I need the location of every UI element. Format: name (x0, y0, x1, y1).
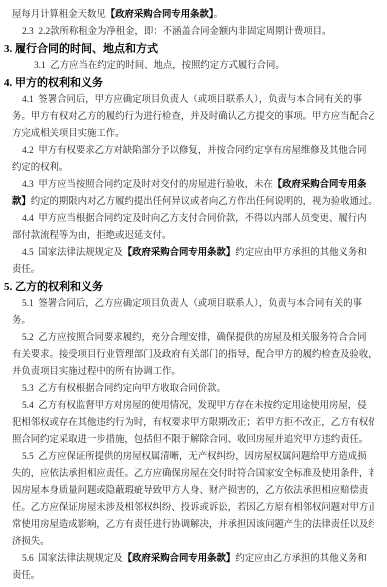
text-line: 责任。 (12, 568, 374, 585)
text-run: 5.5 乙方应保证所提供的房屋权属清晰，无产权纠纷，因房屋权属问题给甲方造成损 (22, 452, 367, 462)
text-line: 常使用房屋造成影响，乙方有责任进行协调解决，并承担因该问题产生的法律责任以及经 (12, 517, 374, 534)
text-line: 5.2 乙方应按照合同要求履约，充分合理安排，确保提供的房屋及相关服务符合合同 (12, 330, 374, 347)
text-line: 5.4 乙方有权监督甲方对房屋的使用情况，发现甲方存在未按约定用途使用房屋，侵 (12, 398, 374, 415)
text-line: 款】约定的期限内对乙方履约提出任何异议或者向乙方作出任何说明的，视为验收通过。 (12, 194, 374, 211)
text-run: 5.6 国家法律法规规定及 (22, 554, 123, 564)
text-line: 因房屋本身质量问题或隐蔽瑕疵导致甲方人身、财产损害的，乙方依法承担相应赔偿责 (12, 483, 374, 500)
text-run: 失的，应依法承担相应责任。乙方应确保房屋在交付时符合国家安全标准及使用条件，若 (12, 469, 374, 479)
text-line: 4.4 甲方应当根据合同约定及时向乙方支付合同价款，不得以内部人员变更、履行内 (12, 211, 374, 228)
text-run: 4.3 甲方应当按照合同约定及时对交付的房屋进行验收，未在 (22, 180, 273, 190)
bold-text-run: 【政府采购合同专用条款】 (123, 248, 236, 258)
text-line: 并负责项目实施过程中的所有协调工作。 (12, 364, 374, 381)
bold-text-run: 【政府采购合同专用条 (273, 180, 367, 190)
text-line: 4.5 国家法律法规规定及【政府采购合同专用条款】约定应由甲方承担的其他义务和 (12, 245, 374, 262)
text-line: 犯相邻权或存在其他违约行为时，有权要求甲方限期改正；若甲方拒不改正，乙方有权依 (12, 415, 374, 432)
text-line: 照合同约定采取进一步措施，包括但不限于解除合同、收回房屋并追究甲方违约责任。 (12, 432, 374, 449)
text-run: 屋每月计算租金天数见 (12, 10, 106, 20)
text-line: 务。 (12, 313, 374, 330)
text-line: 5.5 乙方应保证所提供的房屋权属清晰，无产权纠纷，因房屋权属问题给甲方造成损 (12, 449, 374, 466)
text-run: 任。乙方应保证房屋未涉及相邻权纠纷、投诉或诉讼，若因乙方原有相邻权问题对甲方正 (12, 503, 374, 513)
bold-text-run: 【政府采购合同专用条款】 (106, 10, 214, 20)
text-run: 3.1 乙方应当在约定的时间、地点，按照约定方式履行合同。 (34, 61, 285, 71)
contract-document-page: 屋每月计算租金天数见【政府采购合同专用条款】。2.3 2.2款所称租金为净租金，… (0, 0, 387, 587)
section-heading: 4. 甲方的权利和义务 (4, 75, 374, 92)
section-heading: 3. 履行合同的时间、地点和方式 (4, 41, 374, 58)
text-line: 务。甲方有权对乙方的履约行为进行检查，并及时确认乙方提交的事项。甲方应当配合乙 (12, 109, 374, 126)
text-run: 。 (214, 10, 223, 20)
text-line: 4.2 甲方有权要求乙方对缺陷部分予以修复，并按合同约定享有房屋维修及其他合同 (12, 143, 374, 160)
bold-text-run: 款】 (12, 197, 31, 207)
text-run: 务。甲方有权对乙方的履约行为进行检查，并及时确认乙方提交的事项。甲方应当配合乙 (12, 112, 374, 122)
text-run: 责任。 (12, 265, 40, 275)
bold-text-run: 【政府采购合同专用条款】 (123, 554, 236, 564)
text-line: 责任。 (12, 262, 374, 279)
bold-text-run: 3. 履行合同的时间、地点和方式 (4, 43, 158, 55)
text-line: 3.1 乙方应当在约定的时间、地点，按照约定方式履行合同。 (12, 58, 374, 75)
text-run: 约定的期限内对乙方履约提出任何异议或者向乙方作出任何说明的，视为验收通过。 (31, 197, 374, 207)
text-run: 犯相邻权或存在其他违约行为时，有权要求甲方限期改正；若甲方拒不改正，乙方有权依 (12, 418, 374, 428)
text-run: 4.2 甲方有权要求乙方对缺陷部分予以修复，并按合同约定享有房屋维修及其他合同 (22, 146, 367, 156)
text-run: 务。 (12, 316, 31, 326)
text-run: 5.3 乙方有权根据合同约定向甲方收取合同价款。 (22, 384, 226, 394)
text-line: 4.1 签署合同后，甲方应确定项目负责人（或项目联系人），负责与本合同有关的事 (12, 92, 374, 109)
text-line: 屋每月计算租金天数见【政府采购合同专用条款】。 (12, 7, 374, 24)
text-run: 约定应由甲方承担的其他义务和 (235, 248, 366, 258)
text-run: 5.1 签署合同后，乙方应确定项目负责人（或项目联系人），负责与本合同有关的事 (22, 299, 362, 309)
text-line: 2.3 2.2款所称租金为净租金，即：不涵盖合同金额内非固定周期计费项目。 (12, 24, 374, 41)
text-run: 济损失。 (12, 537, 50, 547)
text-line: 4.3 甲方应当按照合同约定及时对交付的房屋进行验收，未在【政府采购合同专用条 (12, 177, 374, 194)
text-line: 部付款流程等为由，拒绝或迟延支付。 (12, 228, 374, 245)
text-run: 并负责项目实施过程中的所有协调工作。 (12, 367, 181, 377)
text-run: 照合同约定采取进一步措施，包括但不限于解除合同、收回房屋并追究甲方违约责任。 (12, 435, 368, 445)
text-run: 2.3 2.2款所称租金为净租金，即：不涵盖合同金额内非固定周期计费项目。 (22, 27, 331, 37)
text-line: 5.1 签署合同后，乙方应确定项目负责人（或项目联系人），负责与本合同有关的事 (12, 296, 374, 313)
text-run: 责任。 (12, 571, 40, 581)
section-heading: 5. 乙方的权利和义务 (4, 279, 374, 296)
text-run: 4.1 签署合同后，甲方应确定项目负责人（或项目联系人），负责与本合同有关的事 (22, 95, 362, 105)
text-run: 部付款流程等为由，拒绝或迟延支付。 (12, 231, 171, 241)
text-line: 济损失。 (12, 534, 374, 551)
text-run: 因房屋本身质量问题或隐蔽瑕疵导致甲方人身、财产损害的，乙方依法承担相应赔偿责 (12, 486, 368, 496)
text-run: 常使用房屋造成影响，乙方有责任进行协调解决，并承担因该问题产生的法律责任以及经 (12, 520, 374, 530)
document-lines: 屋每月计算租金天数见【政府采购合同专用条款】。2.3 2.2款所称租金为净租金，… (12, 7, 374, 585)
text-line: 失的，应依法承担相应责任。乙方应确保房屋在交付时符合国家安全标准及使用条件，若 (12, 466, 374, 483)
text-run: 约定应由乙方承担的其他义务和 (235, 554, 366, 564)
bold-text-run: 4. 甲方的权利和义务 (4, 77, 103, 89)
text-run: 4.4 甲方应当根据合同约定及时向乙方支付合同价款，不得以内部人员变更、履行内 (22, 214, 367, 224)
text-run: 5.2 乙方应按照合同要求履约，充分合理安排，确保提供的房屋及相关服务符合合同 (22, 333, 367, 343)
text-run: 约定的权利。 (12, 163, 68, 173)
text-run: 5.4 乙方有权监督甲方对房屋的使用情况，发现甲方存在未按约定用途使用房屋，侵 (22, 401, 367, 411)
bold-text-run: 5. 乙方的权利和义务 (4, 281, 103, 293)
text-line: 5.6 国家法律法规规定及【政府采购合同专用条款】约定应由乙方承担的其他义务和 (12, 551, 374, 568)
text-line: 5.3 乙方有权根据合同约定向甲方收取合同价款。 (12, 381, 374, 398)
text-run: 4.5 国家法律法规规定及 (22, 248, 123, 258)
text-line: 约定的权利。 (12, 160, 374, 177)
text-line: 任。乙方应保证房屋未涉及相邻权纠纷、投诉或诉讼，若因乙方原有相邻权问题对甲方正 (12, 500, 374, 517)
text-line: 方完成相关项目实施工作。 (12, 126, 374, 143)
text-line: 有关要求。接受项目行业管理部门及政府有关部门的指导，配合甲方的履约检查及验收， (12, 347, 374, 364)
text-run: 有关要求。接受项目行业管理部门及政府有关部门的指导，配合甲方的履约检查及验收， (12, 350, 374, 360)
text-run: 方完成相关项目实施工作。 (12, 129, 125, 139)
